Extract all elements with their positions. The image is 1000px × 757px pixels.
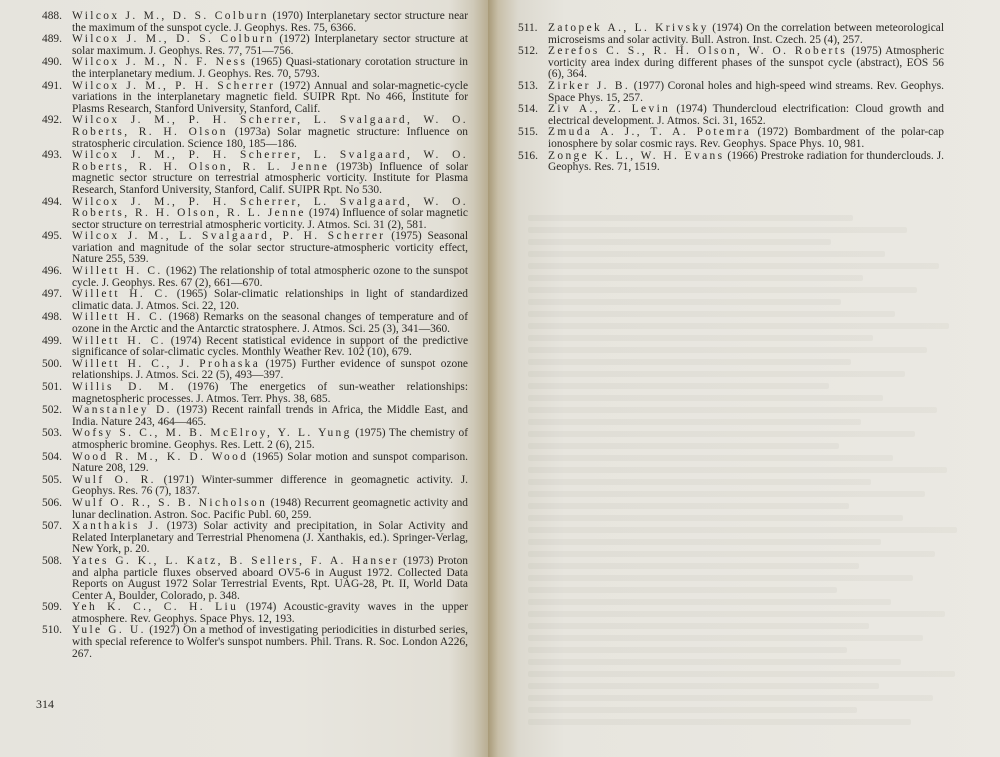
book-spread: 488.Wilcox J. M., D. S. Colburn (1970) I… [0,0,1000,757]
reference-entry: 511.Zatopek A., L. Krivsky (1974) On the… [518,23,944,46]
reference-number: 504. [42,452,72,475]
reference-entry: 494.Wilcox J. M., P. H. Scherrer, L. Sva… [42,197,468,232]
reference-authors: Wilcox J. M., N. F. Ness [72,56,247,68]
show-through-line [528,515,903,521]
show-through-line [528,683,879,689]
reference-authors: Wulf O. R., S. B. Nicholson [72,497,267,509]
reference-entry: 508.Yates G. K., L. Katz, B. Sellers, F.… [42,556,468,602]
reference-authors: Zonge K. L., W. H. Evans [548,150,724,162]
reference-authors: Willett H. C. [72,335,166,347]
reference-authors: Wofsy S. C., M. B. McElroy, Y. L. Yung [72,427,352,439]
reference-number: 490. [42,57,72,80]
reference-authors: Willis D. M. [72,381,176,393]
reference-entry: 509.Yeh K. C., C. H. Liu (1974) Acoustic… [42,602,468,625]
reference-entry: 506.Wulf O. R., S. B. Nicholson (1948) R… [42,498,468,521]
reference-number: 502. [42,405,72,428]
reference-number: 514. [518,104,548,127]
show-through-line [528,539,881,545]
reference-number: 493. [42,150,72,196]
reference-entry: 503.Wofsy S. C., M. B. McElroy, Y. L. Yu… [42,428,468,451]
show-through-line [528,467,947,473]
reference-authors: Wilcox J. M., D. S. Colburn [72,10,269,22]
show-through-line [528,527,957,533]
show-through-line [528,611,945,617]
reference-number: 496. [42,266,72,289]
show-through-line [528,311,895,317]
reference-authors: Willett H. C. [72,288,170,300]
show-through-line [528,383,829,389]
show-through-line [528,347,927,353]
reference-authors: Yule G. U. [72,624,146,636]
reference-authors: Willett H. C. [72,311,164,323]
show-through-line [528,287,917,293]
show-through-line [528,671,955,677]
reference-entry: 515.Zmuda A. J., T. A. Potemra (1972) Bo… [518,127,944,150]
show-through-line [528,455,893,461]
reference-number: 500. [42,359,72,382]
left-page: 488.Wilcox J. M., D. S. Colburn (1970) I… [0,0,488,757]
reference-number: 494. [42,197,72,232]
reference-authors: Willett H. C., J. Prohaska [72,358,260,370]
reference-number: 515. [518,127,548,150]
reference-authors: Zmuda A. J., T. A. Potemra [548,126,751,138]
reference-number: 510. [42,625,72,660]
reference-entry: 489.Wilcox J. M., D. S. Colburn (1972) I… [42,34,468,57]
show-through-line [528,563,859,569]
reference-number: 513. [518,81,548,104]
reference-number: 499. [42,336,72,359]
reference-number: 506. [42,498,72,521]
reference-authors: Zatopek A., L. Krivsky [548,22,709,34]
reference-authors: Wood R. M., K. D. Wood [72,451,248,463]
reference-number: 516. [518,151,548,174]
page-number: 314 [36,697,54,712]
show-through-line [528,299,841,305]
show-through-line [528,323,949,329]
show-through-line [528,491,925,497]
reference-number: 509. [42,602,72,625]
show-through-line [528,575,913,581]
reference-number: 507. [42,521,72,556]
reference-authors: Zerefos C. S., R. H. Olson, W. O. Robert… [548,45,847,57]
reference-authors: Zirker J. B. [548,80,630,92]
reference-authors: Xanthakis J. [72,520,161,532]
reference-authors: Yeh K. C., C. H. Liu [72,601,238,613]
right-page: 511.Zatopek A., L. Krivsky (1974) On the… [488,0,1000,757]
show-through-line [528,407,937,413]
show-through-line [528,659,901,665]
reference-number: 491. [42,81,72,116]
show-through-line [528,419,861,425]
reference-entry: 491.Wilcox J. M., P. H. Scherrer (1972) … [42,81,468,116]
show-through-line [528,239,831,245]
show-through-line [528,647,847,653]
reference-entry: 507.Xanthakis J. (1973) Solar activity a… [42,521,468,556]
reference-authors: Wilcox J. M., D. S. Colburn [72,33,275,45]
reference-number: 497. [42,289,72,312]
reference-entry: 498.Willett H. C. (1968) Remarks on the … [42,312,468,335]
show-through-line [528,227,907,233]
reference-entry: 495.Wilcox J. M., L. Svalgaard, P. H. Sc… [42,231,468,266]
reference-entry: 502.Wanstanley D. (1973) Recent rainfall… [42,405,468,428]
reference-number: 501. [42,382,72,405]
show-through-line [528,599,891,605]
show-through-line [528,695,933,701]
reference-number: 489. [42,34,72,57]
reference-entry: 501.Willis D. M. (1976) The energetics o… [42,382,468,405]
reference-number: 508. [42,556,72,602]
reference-entry: 516.Zonge K. L., W. H. Evans (1966) Pres… [518,151,944,174]
reference-entry: 493.Wilcox J. M., P. H. Scherrer, L. Sva… [42,150,468,196]
show-through-line [528,479,871,485]
show-through-line [528,635,923,641]
reference-entry: 497.Willett H. C. (1965) Solar-climatic … [42,289,468,312]
reference-authors: Wilcox J. M., P. H. Scherrer [72,80,275,92]
show-through-line [528,275,863,281]
reference-number: 505. [42,475,72,498]
reference-list-right: 511.Zatopek A., L. Krivsky (1974) On the… [518,23,944,174]
reference-number: 495. [42,231,72,266]
reference-entry: 492.Wilcox J. M., P. H. Scherrer, L. Sva… [42,115,468,150]
reference-entry: 512.Zerefos C. S., R. H. Olson, W. O. Ro… [518,46,944,81]
reference-authors: Wilcox J. M., L. Svalgaard, P. H. Scherr… [72,230,385,242]
show-through-line [528,551,935,557]
reference-entry: 514.Ziv A., Z. Levin (1974) Thundercloud… [518,104,944,127]
show-through-line [528,431,915,437]
reference-entry: 496.Willett H. C. (1962) The relationshi… [42,266,468,289]
reference-entry: 499.Willett H. C. (1974) Recent statisti… [42,336,468,359]
reference-authors: Yates G. K., L. Katz, B. Sellers, F. A. … [72,555,399,567]
reference-entry: 510.Yule G. U. (1927) On a method of inv… [42,625,468,660]
reference-entry: 490.Wilcox J. M., N. F. Ness (1965) Quas… [42,57,468,80]
reference-authors: Wanstanley D. [72,404,172,416]
reference-number: 498. [42,312,72,335]
show-through-line [528,335,873,341]
show-through-line [528,587,837,593]
show-through-line [528,707,857,713]
reference-authors: Wulf O. R. [72,474,156,486]
reference-number: 512. [518,46,548,81]
show-through-line [528,251,885,257]
reference-entry: 505.Wulf O. R. (1971) Winter-summer diff… [42,475,468,498]
reference-list-left: 488.Wilcox J. M., D. S. Colburn (1970) I… [42,11,468,660]
show-through-line [528,359,851,365]
show-through-line [528,263,939,269]
reference-entry: 488.Wilcox J. M., D. S. Colburn (1970) I… [42,11,468,34]
show-through-line [528,395,883,401]
reference-number: 503. [42,428,72,451]
reference-number: 492. [42,115,72,150]
reference-entry: 513.Zirker J. B. (1977) Coronal holes an… [518,81,944,104]
show-through-line [528,719,911,725]
reference-number: 488. [42,11,72,34]
reference-authors: Willett H. C. [72,265,163,277]
reference-number: 511. [518,23,548,46]
show-through-line [528,371,905,377]
reference-entry: 500.Willett H. C., J. Prohaska (1975) Fu… [42,359,468,382]
show-through-line [528,443,839,449]
show-through-line [528,215,853,221]
show-through-line [528,623,869,629]
reference-entry: 504.Wood R. M., K. D. Wood (1965) Solar … [42,452,468,475]
show-through-line [528,503,849,509]
reference-authors: Ziv A., Z. Levin [548,103,670,115]
